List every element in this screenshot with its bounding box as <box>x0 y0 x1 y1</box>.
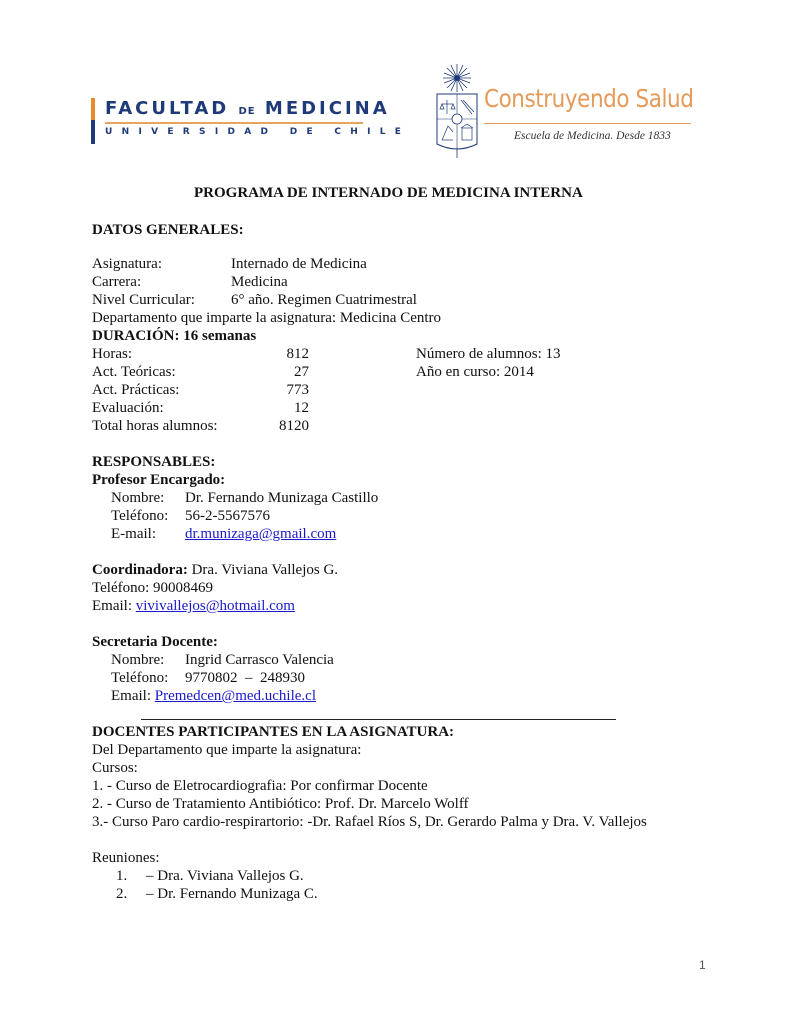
logo-tagline-subtitle: Escuela de Medicina. Desde 1833 <box>514 130 671 142</box>
numero-alumnos: Número de alumnos: 13 <box>416 345 561 363</box>
horas-label: Horas: <box>92 345 132 363</box>
coordinadora-email-label: Email: <box>92 598 136 614</box>
reunion-number: 1. <box>116 867 127 885</box>
profesor-email-link[interactable]: dr.munizaga@gmail.com <box>185 525 336 543</box>
secretaria-heading: Secretaria Docente: <box>92 633 218 651</box>
practicas-label: Act. Prácticas: <box>92 381 179 399</box>
reunion-item: – Dra. Viviana Vallejos G. <box>146 867 304 885</box>
secretaria-email-link[interactable]: Premedcen@med.uchile.cl <box>155 688 316 704</box>
secretaria-telefono-label: Teléfono: <box>111 669 168 687</box>
secretaria-nombre: Ingrid Carrasco Valencia <box>185 651 334 669</box>
coordinadora-email-line: Email: vivivallejos@hotmail.com <box>92 597 295 615</box>
document-page: FACULTAD DE MEDICINA UNIVERSIDAD DE CHIL… <box>0 0 800 1035</box>
coordinadora-telefono: Teléfono: 90008469 <box>92 579 213 597</box>
nivel-label: Nivel Curricular: <box>92 291 195 309</box>
datos-generales-heading: DATOS GENERALES: <box>92 221 244 239</box>
logo-navy-bar <box>91 120 95 144</box>
coordinadora-line: Coordinadora: Dra. Viviana Vallejos G. <box>92 561 338 579</box>
university-shield-icon <box>432 62 482 158</box>
coordinadora-nombre: Dra. Viviana Vallejos G. <box>188 562 338 578</box>
profesor-telefono: 56-2-5567576 <box>185 507 270 525</box>
logo-tagline: Construyendo Salud <box>484 84 693 113</box>
carrera-value: Medicina <box>231 273 288 291</box>
coordinadora-label: Coordinadora: <box>92 562 188 578</box>
secretaria-email-line: Email: Premedcen@med.uchile.cl <box>111 687 316 705</box>
profesor-heading: Profesor Encargado: <box>92 471 225 489</box>
facultad-medicina-logo: FACULTAD DE MEDICINA UNIVERSIDAD DE CHIL… <box>91 98 361 144</box>
logo-title-de: DE <box>239 106 256 117</box>
secretaria-telefono: 9770802 – 248930 <box>185 669 305 687</box>
logo-title-part1: FACULTAD <box>105 98 239 119</box>
reunion-number: 2. <box>116 885 127 903</box>
anio-en-curso: Año en curso: 2014 <box>416 363 534 381</box>
evaluacion-value: 12 <box>249 399 309 417</box>
duracion-heading: DURACIÓN: 16 semanas <box>92 327 256 345</box>
document-title: PROGRAMA DE INTERNADO DE MEDICINA INTERN… <box>194 184 583 202</box>
carrera-label: Carrera: <box>92 273 141 291</box>
logo-orange-bar <box>91 98 95 120</box>
profesor-email-label: E-mail: <box>111 525 156 543</box>
nivel-value: 6° año. Regimen Cuatrimestral <box>231 291 417 309</box>
secretaria-nombre-label: Nombre: <box>111 651 164 669</box>
curso-item: 3.- Curso Paro cardio-respirartorio: -Dr… <box>92 813 647 831</box>
logo-subtitle: UNIVERSIDAD DE CHILE <box>105 127 410 137</box>
profesor-nombre-label: Nombre: <box>111 489 164 507</box>
teoricas-value: 27 <box>249 363 309 381</box>
reuniones-label: Reuniones: <box>92 849 160 867</box>
teoricas-label: Act. Teóricas: <box>92 363 176 381</box>
evaluacion-label: Evaluación: <box>92 399 164 417</box>
logo-tagline-rule <box>484 123 691 124</box>
secretaria-email-label: Email: <box>111 688 155 704</box>
section-separator <box>141 719 616 720</box>
logo-divider <box>105 122 363 124</box>
practicas-value: 773 <box>249 381 309 399</box>
docentes-heading: DOCENTES PARTICIPANTES EN LA ASIGNATURA: <box>92 723 454 741</box>
departamento-line: Departamento que imparte la asignatura: … <box>92 309 441 327</box>
logo-title-part2: MEDICINA <box>256 98 390 119</box>
responsables-heading: RESPONSABLES: <box>92 453 215 471</box>
cursos-label: Cursos: <box>92 759 138 777</box>
construyendo-salud-logo: Construyendo Salud Escuela de Medicina. … <box>432 62 702 158</box>
asignatura-value: Internado de Medicina <box>231 255 367 273</box>
asignatura-label: Asignatura: <box>92 255 162 273</box>
total-horas-label: Total horas alumnos: <box>92 417 218 435</box>
curso-item: 2. - Curso de Tratamiento Antibiótico: P… <box>92 795 469 813</box>
total-horas-value: 8120 <box>249 417 309 435</box>
docentes-intro: Del Departamento que imparte la asignatu… <box>92 741 361 759</box>
logo-title: FACULTAD DE MEDICINA <box>105 98 390 119</box>
profesor-telefono-label: Teléfono: <box>111 507 168 525</box>
horas-value: 812 <box>249 345 309 363</box>
profesor-nombre: Dr. Fernando Munizaga Castillo <box>185 489 378 507</box>
coordinadora-email-link[interactable]: vivivallejos@hotmail.com <box>136 598 295 614</box>
page-number: 1 <box>699 958 706 972</box>
reunion-item: – Dr. Fernando Munizaga C. <box>146 885 318 903</box>
curso-item: 1. - Curso de Eletrocardiografia: Por co… <box>92 777 428 795</box>
